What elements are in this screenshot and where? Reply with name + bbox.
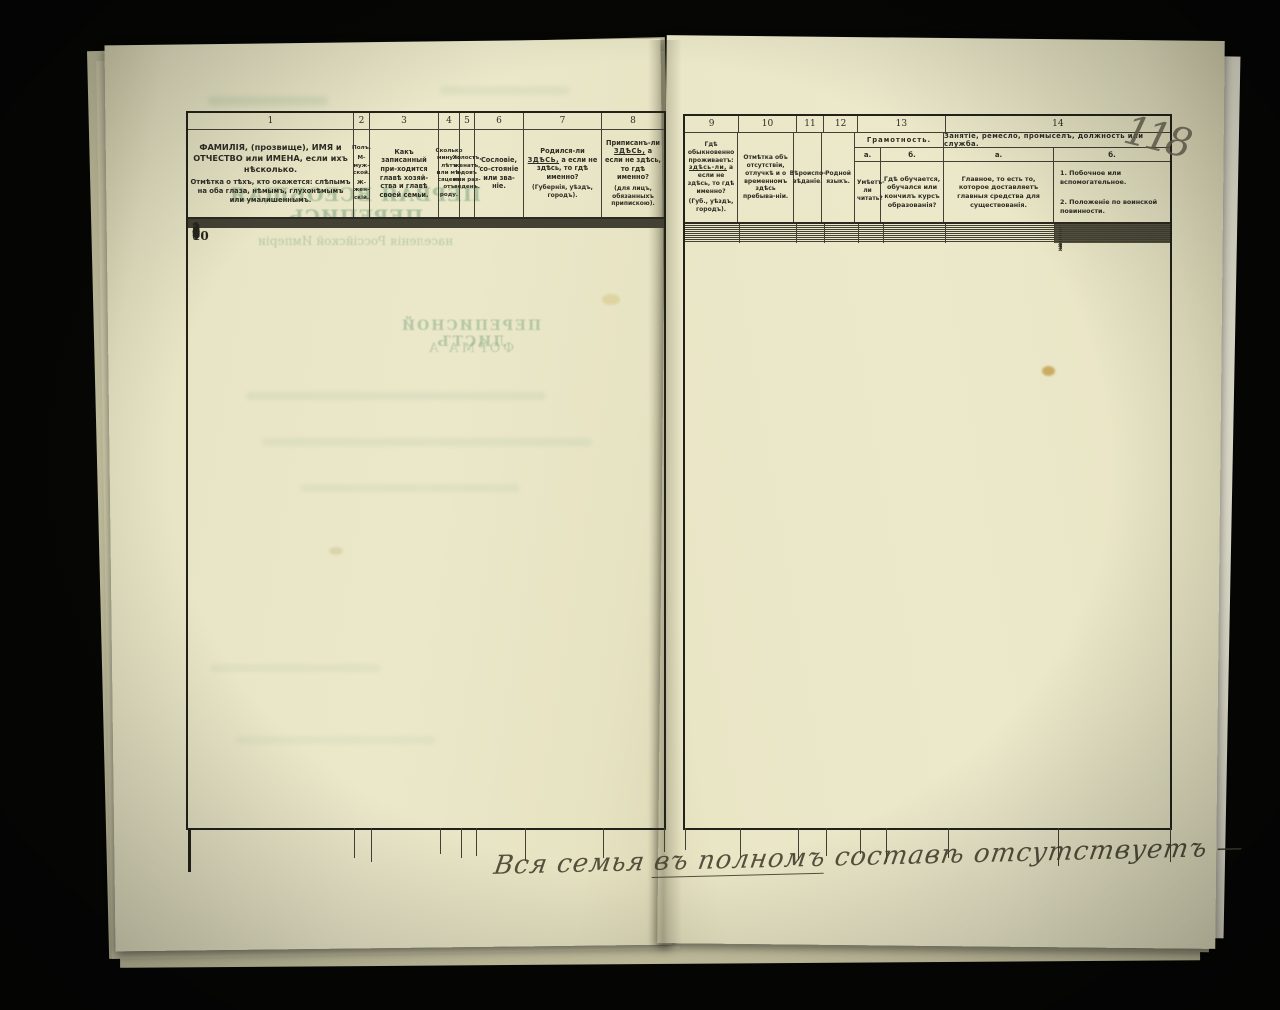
table-cell xyxy=(946,236,1055,237)
occupation-sub-headers: Главное, то есть то, которое доставляетъ… xyxy=(944,162,1170,222)
column-header-sex: Полъ. М-муж-ской. Ж-жен-скій. xyxy=(354,130,370,217)
bleedthrough-smudge xyxy=(208,96,328,106)
table-cell: 12 xyxy=(1055,226,1170,227)
table-cell: 12 xyxy=(1055,236,1170,237)
table-cell xyxy=(825,232,859,233)
column-header-name: ФАМИЛІЯ, (прозвище), ИМЯ и ОТЧЕСТВО или … xyxy=(188,130,354,217)
table-cell: 12 xyxy=(1055,240,1170,241)
table-cell xyxy=(740,234,798,235)
census-table-left-page: 1 2 3 4 5 6 7 8 ФАМИЛІЯ, (прозвище), ИМЯ… xyxy=(186,111,666,830)
column-number: 8 xyxy=(602,113,664,129)
table-cell: 12 xyxy=(1055,234,1170,235)
grid-line-stub xyxy=(354,828,355,858)
table-cell xyxy=(740,228,798,229)
table-cell xyxy=(685,236,740,237)
table-cell xyxy=(797,234,825,235)
grid-line-stub xyxy=(461,828,462,858)
sub-column-label-b: б. xyxy=(881,148,943,161)
grid-line-stub xyxy=(440,828,441,854)
table-cell xyxy=(797,230,825,231)
table-cell xyxy=(740,238,798,239)
table-cell xyxy=(740,224,798,225)
table-cell xyxy=(859,240,885,241)
column-header-registration: Приписанъ-ли ЗДѢСЬ, а если не здѣсь, то … xyxy=(602,130,664,217)
column-number: 9 xyxy=(685,116,739,132)
table-cell xyxy=(685,226,740,227)
literacy-group-title: Грамотность. xyxy=(855,133,943,148)
sub-column-label-a: а. xyxy=(855,148,881,161)
column-header-education: Гдѣ обучается, обучался или кончилъ курс… xyxy=(881,162,943,222)
table-cell xyxy=(825,240,859,241)
table-cell xyxy=(859,228,885,229)
table-cell: 12 xyxy=(1055,238,1170,239)
table-cell: 12 xyxy=(1055,232,1170,233)
table-cell xyxy=(685,232,740,233)
table-cell xyxy=(946,242,1055,243)
column-number: 10 xyxy=(739,116,796,132)
table-cell xyxy=(740,236,798,237)
column-header-religion: Вѣроиспо-вѣданіе. xyxy=(794,133,822,222)
table-cell xyxy=(685,242,740,243)
column-header-estate: Сословіе, со-стояніе или зва-ніе. xyxy=(475,130,524,217)
table-cell xyxy=(797,232,825,233)
column-header-relation: Какъ записанный при-ходится главѣ хозяй-… xyxy=(370,130,439,217)
column-header-row: ФАМИЛІЯ, (прозвище), ИМЯ и ОТЧЕСТВО или … xyxy=(188,130,664,219)
column-number: 11 xyxy=(797,116,825,132)
table-row: 12 xyxy=(685,242,1170,243)
column-header-main-occupation: Главное, то есть то, которое доставляетъ… xyxy=(944,162,1054,222)
table-cell xyxy=(884,242,946,243)
table-cell xyxy=(884,228,946,229)
column-header-residence: Гдѣ обыкновенно проживаетъ: здѣсь-ли, а … xyxy=(685,133,738,222)
table-cell xyxy=(946,228,1055,229)
grid-line-stub xyxy=(371,828,372,862)
table-cell xyxy=(825,224,859,225)
table-cell xyxy=(884,240,946,241)
table-row: 9 xyxy=(188,227,664,228)
literacy-sub-labels: а. б. xyxy=(855,148,943,162)
column-header-marital-status: Холостъ, женатъ, вдовъ или раз-веденъ. xyxy=(460,130,475,217)
bleedthrough-smudge xyxy=(440,86,570,95)
table-cell xyxy=(884,230,946,231)
table-cell xyxy=(685,234,740,235)
table-cell xyxy=(884,236,946,237)
table-cell xyxy=(825,226,859,227)
table-cell xyxy=(946,224,1055,225)
column-number: 13 xyxy=(858,116,946,132)
column-header-row: Гдѣ обыкновенно проживаетъ: здѣсь-ли, а … xyxy=(685,133,1170,224)
column-number-row: 1 2 3 4 5 6 7 8 xyxy=(188,113,664,130)
table-cell xyxy=(797,228,825,229)
column-number: 12 xyxy=(824,116,858,132)
table-cell xyxy=(797,236,825,237)
table-cell xyxy=(859,226,885,227)
column-number: 4 xyxy=(439,113,460,129)
table-cell xyxy=(859,242,885,243)
column-number: 5 xyxy=(460,113,475,129)
table-cell xyxy=(740,230,798,231)
table-cell xyxy=(797,242,825,243)
column-number: 7 xyxy=(524,113,602,129)
table-cell xyxy=(740,242,798,243)
table-cell xyxy=(859,232,885,233)
table-cell xyxy=(685,224,740,225)
left-table-body: 12345678910 xyxy=(188,219,664,228)
literacy-sub-headers: Умѣетъ-ли читать? Гдѣ обучается, обучалс… xyxy=(855,162,943,222)
table-cell xyxy=(825,228,859,229)
sub-row-label: 2 xyxy=(1058,244,1063,253)
column-number: 6 xyxy=(475,113,524,129)
sub-row: 2 xyxy=(1055,243,1170,244)
table-cell xyxy=(825,230,859,231)
table-cell xyxy=(859,234,885,235)
table-cell xyxy=(825,234,859,235)
table-cell xyxy=(946,230,1055,231)
column-number-row: 9 10 11 12 13 14 xyxy=(685,116,1170,133)
table-cell xyxy=(946,238,1055,239)
column-header-birthplace: Родился-ли ЗДѢСЬ, а если не здѣсь, то гд… xyxy=(524,130,602,217)
table-cell xyxy=(884,238,946,239)
table-cell: 12 xyxy=(1055,224,1170,225)
column-number: 2 xyxy=(354,113,370,129)
table-cell xyxy=(797,224,825,225)
table-cell xyxy=(859,238,885,239)
military-duty-item: 2. Положеніе по воинской повинности. xyxy=(1060,198,1168,215)
table-cell xyxy=(685,238,740,239)
column-header-can-read: Умѣетъ-ли читать? xyxy=(855,162,881,222)
table-cell xyxy=(825,236,859,237)
table-cell xyxy=(740,226,798,227)
table-cell xyxy=(685,230,740,231)
table-cell xyxy=(859,230,885,231)
table-cell xyxy=(685,228,740,229)
table-cell xyxy=(884,226,946,227)
photo-of-census-ledger: ПЕРВАЯ ВСЕОБЩАЯ ПЕРЕПИСЬ населенія Россі… xyxy=(0,0,1280,1010)
table-cell xyxy=(859,236,885,237)
table-cell xyxy=(797,226,825,227)
table-cell xyxy=(884,234,946,235)
table-cell xyxy=(825,238,859,239)
column-header-side-occupation: 1. Побочное или вспомогательное. 2. Поло… xyxy=(1054,162,1170,222)
side-occupation-item: 1. Побочное или вспомогательное. xyxy=(1060,169,1168,186)
table-cell: 12 xyxy=(1055,230,1170,231)
table-cell xyxy=(859,224,885,225)
table-cell: 12 xyxy=(1055,242,1170,243)
column-header-native-language: Родной языкъ. xyxy=(822,133,855,222)
column-number: 3 xyxy=(370,113,439,129)
table-cell xyxy=(797,240,825,241)
table-cell: 12 xyxy=(1055,228,1170,229)
census-table-right-page: 9 10 11 12 13 14 Гдѣ обыкновенно прожива… xyxy=(683,114,1172,830)
table-cell xyxy=(884,224,946,225)
table-cell xyxy=(946,240,1055,241)
table-cell xyxy=(946,226,1055,227)
sub-column-label-a: а. xyxy=(944,148,1054,161)
row-number: 10 xyxy=(192,229,209,243)
column-group-literacy: Грамотность. а. б. Умѣетъ-ли читать? Гдѣ… xyxy=(855,133,944,222)
table-cell xyxy=(740,232,798,233)
table-cell xyxy=(946,232,1055,233)
table-cell xyxy=(797,238,825,239)
right-table-body: 12121212121212121212 xyxy=(685,224,1170,243)
table-cell xyxy=(740,240,798,241)
grid-line-stub xyxy=(188,828,191,872)
table-cell xyxy=(685,240,740,241)
column-number: 1 xyxy=(188,113,354,129)
column-header-absence-note: Отмѣтка объ отсутствіи, отлучкѣ и о врем… xyxy=(738,133,794,222)
table-cell xyxy=(884,232,946,233)
grid-line-stub xyxy=(476,828,477,856)
table-cell xyxy=(825,242,859,243)
table-cell xyxy=(946,234,1055,235)
